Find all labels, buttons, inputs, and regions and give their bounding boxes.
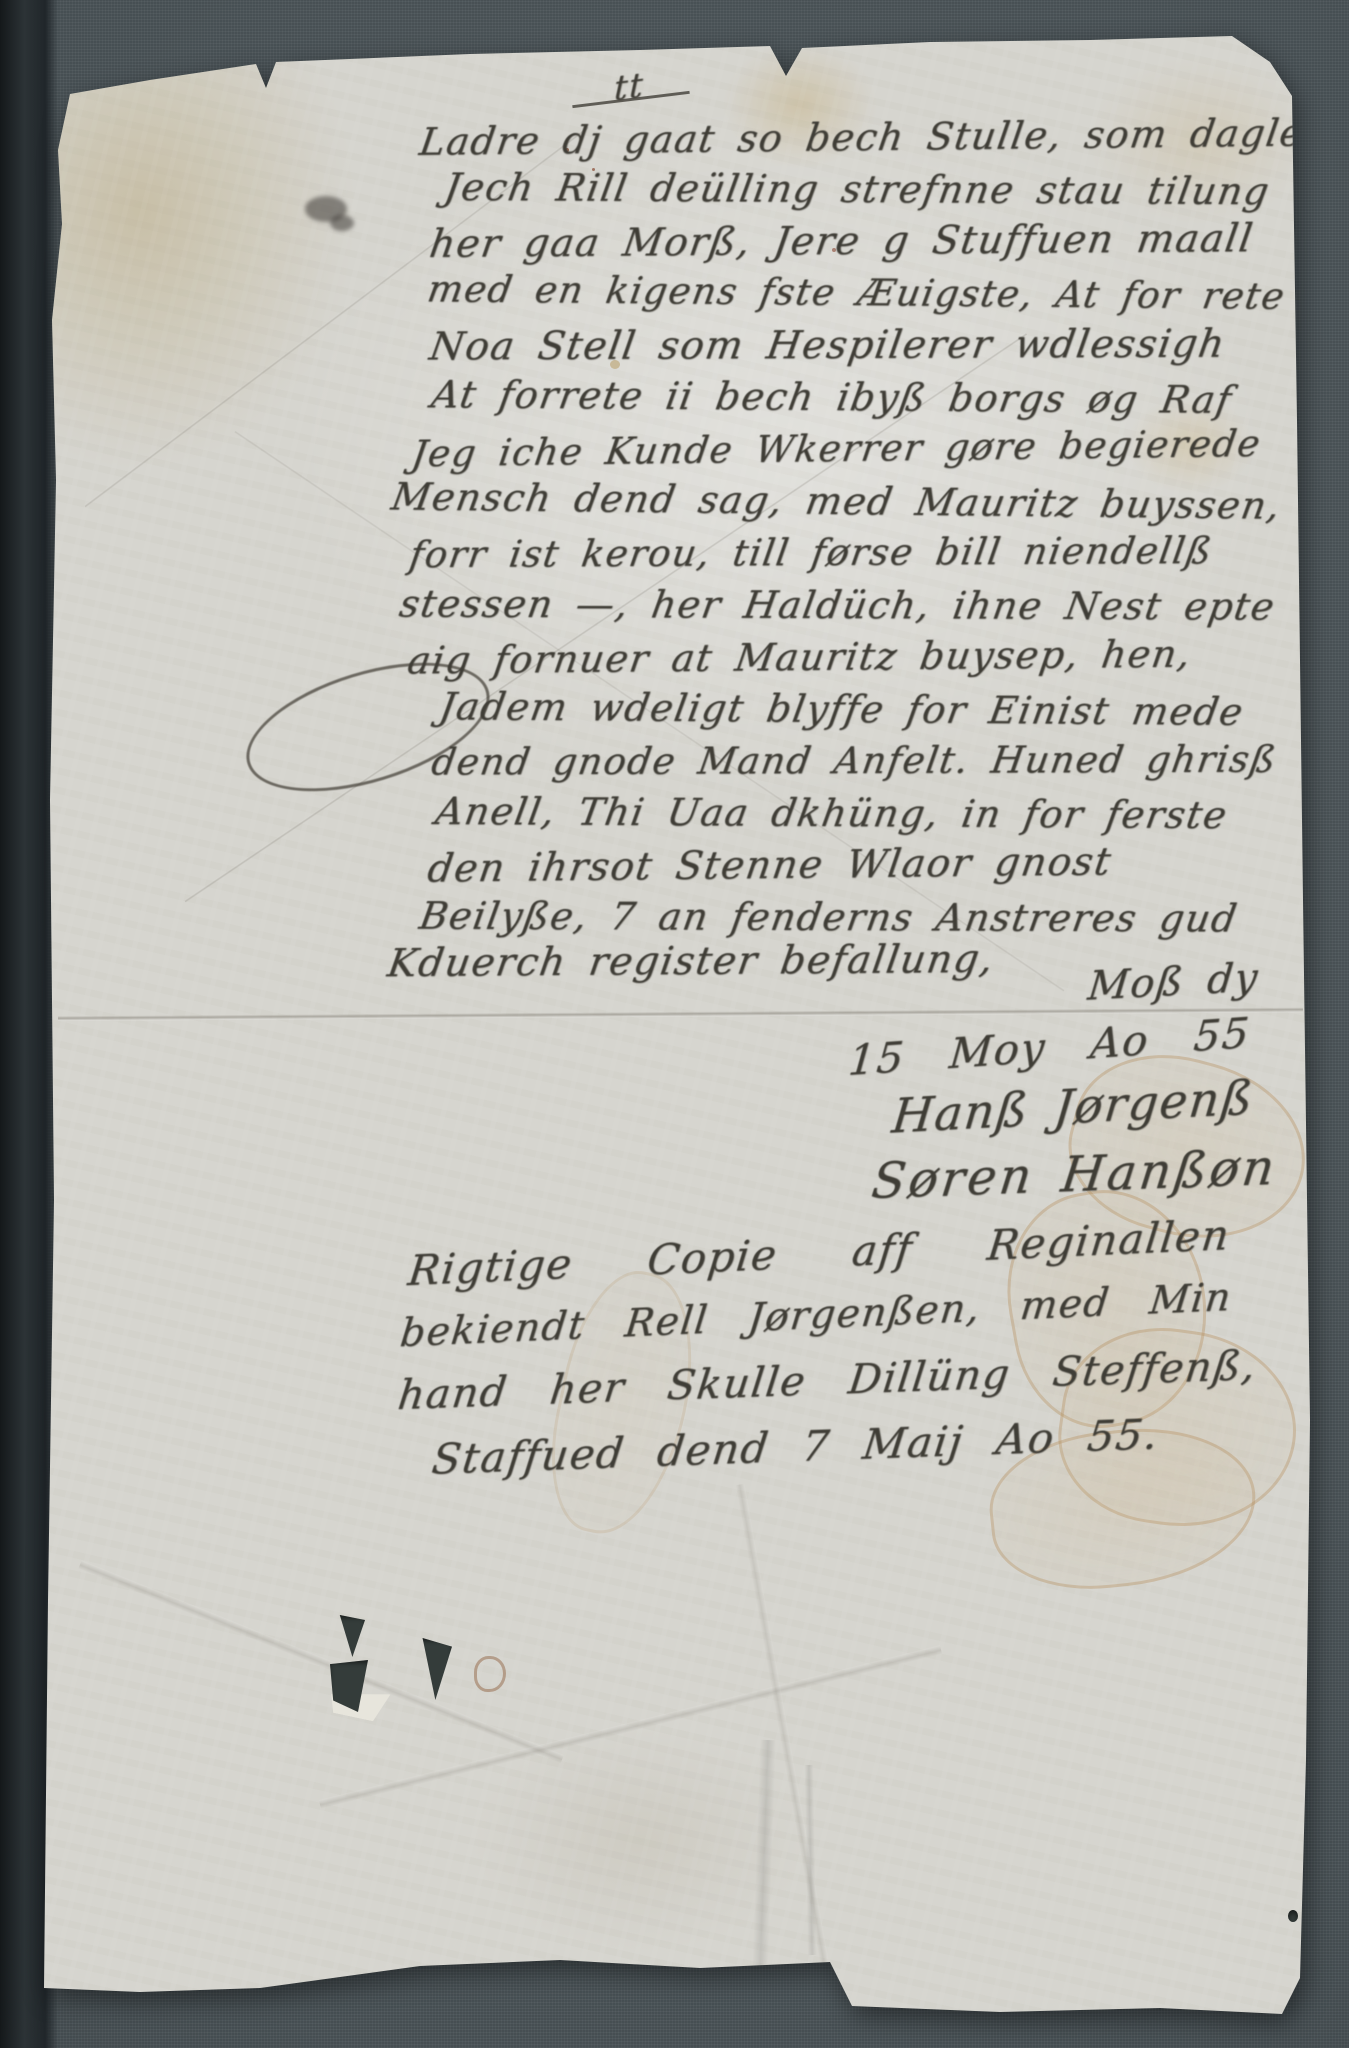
manuscript-line: Jeg iche Kunde Wkerrer gøre begierede	[409, 425, 1263, 472]
manuscript-line: her gaa Morß, Jere g Stuffuen maall	[427, 219, 1256, 264]
manuscript-line: dend gnode Mand Anfelt. Huned ghrisß	[429, 741, 1279, 781]
manuscript-photo: tt Ladre dj gaat so bech Stulle, som dag…	[0, 0, 1349, 2048]
manuscript-line: forr ist kerou, till førse bill niendell…	[407, 532, 1215, 573]
manuscript-line: Noa Stell som Hespilerer wdlessigh	[427, 325, 1228, 367]
ink-smudge	[330, 215, 354, 231]
manuscript-line: Kduerch register befallung,	[385, 940, 997, 983]
manuscript-line: stessen —, her Haldüch, ihne Nest epte	[397, 584, 1278, 625]
manuscript-line: aig fornuer at Mauritz buysep, hen,	[405, 635, 1194, 680]
manuscript-line: Mensch dend sag, med Mauritz buyssen,	[389, 477, 1284, 524]
header-mark: tt	[614, 68, 645, 106]
manuscript-line: Ladre dj gaat so bech Stulle, som dagler	[417, 113, 1326, 161]
manuscript-line: med en kigens fste Æuigste, At for rete	[425, 270, 1288, 314]
manuscript-line: Beilyße, 7 an fenderns Anstreres gud	[417, 897, 1241, 938]
manuscript-line: At forrete ii bech ibyß borgs øg Raf	[429, 375, 1235, 419]
pinhole	[1288, 1910, 1298, 1922]
manuscript-line: Anell, Thi Uaa dkhüng, in for ferste	[433, 792, 1231, 834]
manuscript-page: tt Ladre dj gaat so bech Stulle, som dag…	[0, 0, 1349, 2048]
manuscript-line: den ihrsot Stenne Wlaor gnost	[425, 842, 1114, 888]
manuscript-line: Jech Rill deülling strefnne stau tilung	[442, 168, 1273, 210]
place-line: Moß dy	[1086, 957, 1261, 1006]
manuscript-line: Jadem wdeligt blyffe for Einist mede	[437, 687, 1247, 731]
signature: Søren Hanßøn	[869, 1143, 1280, 1206]
